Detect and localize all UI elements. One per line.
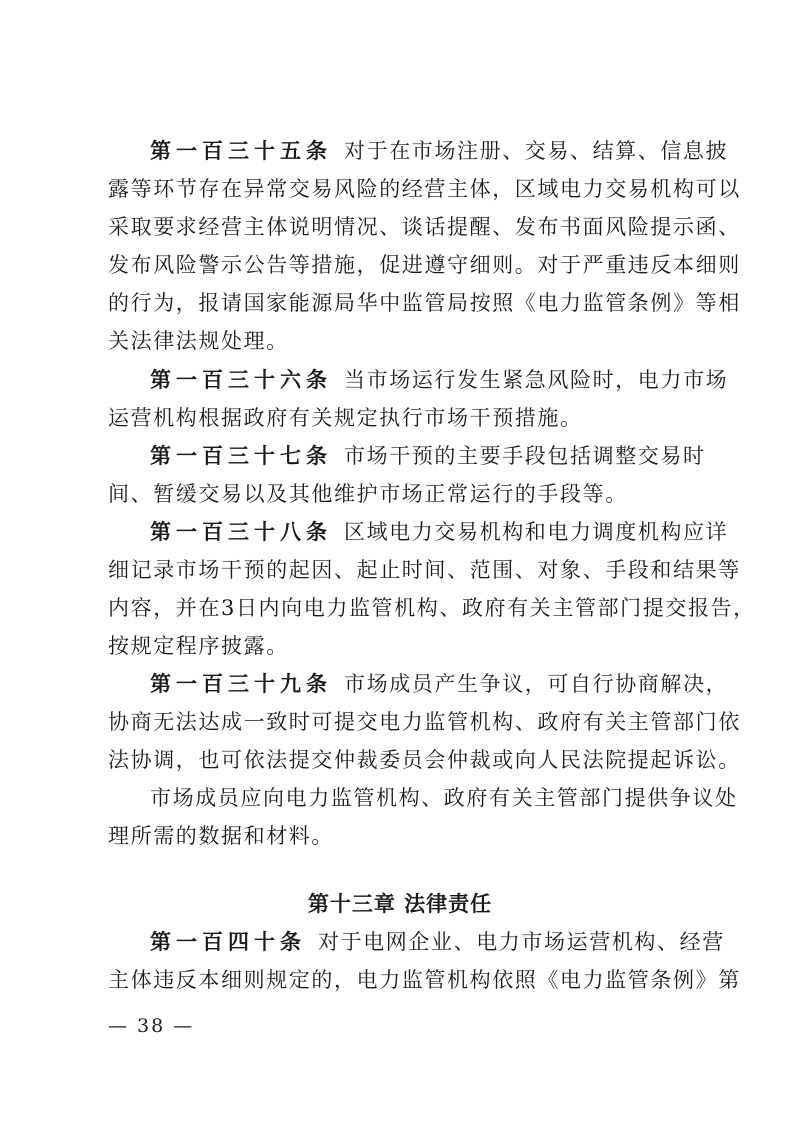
article-137-line-2: 间、暂缓交易以及其他维护市场正常运行的手段等。 (108, 481, 708, 507)
article-137-line-1: 第一百三十七条市场干预的主要手段包括调整交易时 (150, 443, 708, 469)
article-136-line-2: 运营机构根据政府有关规定执行市场干预措施。 (108, 405, 708, 431)
article-135-line-6: 关法律法规处理。 (108, 328, 708, 354)
article-135-line-5: 的行为，报请国家能源局华中监管局按照《电力监管条例》等相 (108, 290, 708, 316)
document-page: 第一百三十五条对于在市场注册、交易、结算、信息披 露等环节存在异常交易风险的经营… (0, 0, 800, 1131)
article-139-line-2: 协商无法达成一致时可提交电力监管机构、政府有关主管部门依 (108, 709, 708, 735)
article-139-label: 第一百三十九条 (150, 672, 332, 696)
article-136-label: 第一百三十六条 (150, 368, 332, 392)
article-138-line-2: 细记录市场干预的起因、起止时间、范围、对象、手段和结果等 (108, 557, 708, 583)
article-137-label: 第一百三十七条 (150, 444, 332, 468)
article-139-line-3: 法协调，也可依法提交仲裁委员会仲裁或向人民法院提起诉讼。 (108, 747, 708, 773)
page-number: — 38 — (108, 1014, 194, 1038)
article-135-line-2: 露等环节存在异常交易风险的经营主体，区域电力交易机构可以 (108, 176, 708, 202)
article-138-label: 第一百三十八条 (150, 520, 332, 544)
article-138-line-3: 内容，并在3日内向电力监管机构、政府有关主管部门提交报告， (108, 595, 708, 621)
article-140-label: 第一百四十条 (150, 930, 306, 954)
article-139-para-2-line-1: 市场成员应向电力监管机构、政府有关主管部门提供争议处 (150, 785, 708, 811)
article-135-label: 第一百三十五条 (150, 139, 332, 163)
article-140-line-1: 第一百四十条对于电网企业、电力市场运营机构、经营 (150, 929, 708, 955)
article-139-line-1: 第一百三十九条市场成员产生争议，可自行协商解决， (150, 671, 708, 697)
article-135-line-3: 采取要求经营主体说明情况、谈话提醒、发布书面风险提示函、 (108, 214, 708, 240)
article-138-line-1: 第一百三十八条区域电力交易机构和电力调度机构应详 (150, 519, 708, 545)
article-140-line-2: 主体违反本细则规定的，电力监管机构依照《电力监管条例》第 (108, 967, 708, 993)
article-135-line-4: 发布风险警示公告等措施，促进遵守细则。对于严重违反本细则 (108, 252, 708, 278)
chapter-title: 第十三章 法律责任 (0, 891, 800, 917)
article-139-para-2-line-2: 理所需的数据和材料。 (108, 823, 708, 849)
article-138-line-4: 按规定程序披露。 (108, 633, 708, 659)
article-135-line-1: 第一百三十五条对于在市场注册、交易、结算、信息披 (150, 138, 708, 164)
article-136-line-1: 第一百三十六条当市场运行发生紧急风险时，电力市场 (150, 367, 708, 393)
